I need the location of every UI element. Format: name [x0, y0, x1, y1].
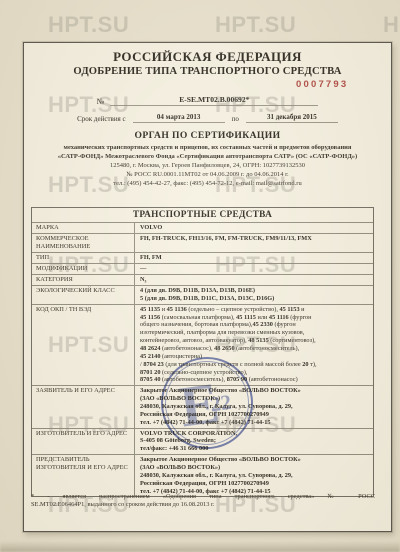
cert-body-line: тел.: (495) 454-42-27, факс: (495) 454-7…: [24, 179, 391, 188]
table-row: ПРЕДСТАВИТЕЛЬ ИЗГОТОВИТЕЛЯ И ЕГО АДРЕСЗа…: [32, 454, 373, 496]
validity-from-label: Срок действия с: [77, 115, 126, 123]
vehicle-table: ТРАНСПОРТНЫЕ СРЕДСТВА МАРКАVOLVOКОММЕРЧЕ…: [31, 207, 374, 497]
row-value: FH, FM: [135, 253, 373, 263]
stamp-country-number: 22: [209, 392, 233, 416]
watermark-text: HPT.SU: [48, 12, 129, 38]
row-value: VOLVO: [135, 223, 373, 233]
row-label: МАРКА: [32, 223, 135, 233]
scanned-document: РОССИЙСКАЯ ФЕДЕРАЦИЯ ОДОБРЕНИЕ ТИПА ТРАН…: [0, 0, 400, 552]
scan-edge-shadow: [0, 541, 400, 552]
certificate-page: РОССИЙСКАЯ ФЕДЕРАЦИЯ ОДОБРЕНИЕ ТИПА ТРАН…: [23, 42, 392, 532]
validity-from-value: 04 марта 2013: [133, 113, 225, 123]
footnote: * - является распространением «Одобрения…: [31, 493, 375, 510]
validity-to-label: по: [232, 115, 239, 123]
row-label: КАТЕГОРИЯ: [32, 275, 135, 285]
row-label: ИЗГОТОВИТЕЛЬ И ЕГО АДРЕС: [32, 429, 135, 455]
footnote-line-1: * - является распространением «Одобрения…: [31, 493, 375, 501]
row-value: —: [135, 264, 373, 274]
table-row: КАТЕГОРИЯN₃: [32, 274, 373, 285]
row-label: ТИП: [32, 253, 135, 263]
row-value: 4 (для дв. D9B, D11B, D13A, D13B, D16E) …: [135, 286, 373, 304]
cert-body-title: ОРГАН ПО СЕРТИФИКАЦИИ: [24, 130, 391, 141]
validity-row: Срок действия с 04 марта 2013 по 31 дека…: [24, 113, 391, 123]
approval-number-value: E-SE.MT02.B.00692*: [110, 95, 318, 106]
serial-number: 0007793: [296, 79, 348, 90]
row-label: ЭКОЛОГИЧЕСКИЙ КЛАСС: [32, 286, 135, 304]
validity-to-value: 31 декабря 2015: [246, 113, 338, 123]
approval-number-row: № E-SE.MT02.B.00692*: [24, 95, 391, 106]
row-value: FH, FH-TRUCK, FH13/16, FM, FM-TRUCK, FM9…: [135, 234, 373, 252]
watermark-text: HPT.SU: [215, 12, 296, 38]
country-title: РОССИЙСКАЯ ФЕДЕРАЦИЯ: [24, 49, 391, 65]
approval-number-label: №: [97, 97, 105, 106]
cert-body-line: «САТР-ФОНД» Межотраслевого Фонда «Сертиф…: [24, 152, 391, 161]
row-label: КОММЕРЧЕСКОЕ НАИМЕНОВАНИЕ: [32, 234, 135, 252]
row-label: ПРЕДСТАВИТЕЛЬ ИЗГОТОВИТЕЛЯ И ЕГО АДРЕС: [32, 455, 135, 496]
table-row: ЭКОЛОГИЧЕСКИЙ КЛАСС4 (для дв. D9B, D11B,…: [32, 285, 373, 304]
table-row: КОММЕРЧЕСКОЕ НАИМЕНОВАНИЕFH, FH-TRUCK, F…: [32, 233, 373, 252]
table-row: МАРКАVOLVO: [32, 222, 373, 233]
footnote-line-2: SE.MT02.E06464Р1, выданного со сроком де…: [31, 501, 375, 509]
cert-body-line: № РОСС RU.0001.11МТ02 от 04.06.2009 г. д…: [24, 170, 391, 179]
approval-title: ОДОБРЕНИЕ ТИПА ТРАНСПОРТНОГО СРЕДСТВА: [24, 66, 391, 77]
row-label: МОДИФИКАЦИИ: [32, 264, 135, 274]
cert-body-info: механических транспортных средств и приц…: [24, 143, 391, 188]
row-label: КОД ОКП / ТН ВЭД: [32, 305, 135, 386]
table-row: МОДИФИКАЦИИ—: [32, 263, 373, 274]
row-label: ЗАЯВИТЕЛЬ И ЕГО АДРЕС: [32, 386, 135, 427]
vehicle-table-title: ТРАНСПОРТНЫЕ СРЕДСТВА: [32, 208, 373, 222]
cert-body-line: 125480, г. Москва, ул. Героев Панфиловце…: [24, 161, 391, 170]
row-value: N₃: [135, 275, 373, 285]
table-row: ТИПFH, FM: [32, 252, 373, 263]
watermark-text: HPT.SU: [383, 12, 400, 38]
row-value: Закрытое Акционерное Общество «ВОЛЬВО ВО…: [135, 455, 373, 496]
cert-body-line: механических транспортных средств и приц…: [24, 143, 391, 152]
